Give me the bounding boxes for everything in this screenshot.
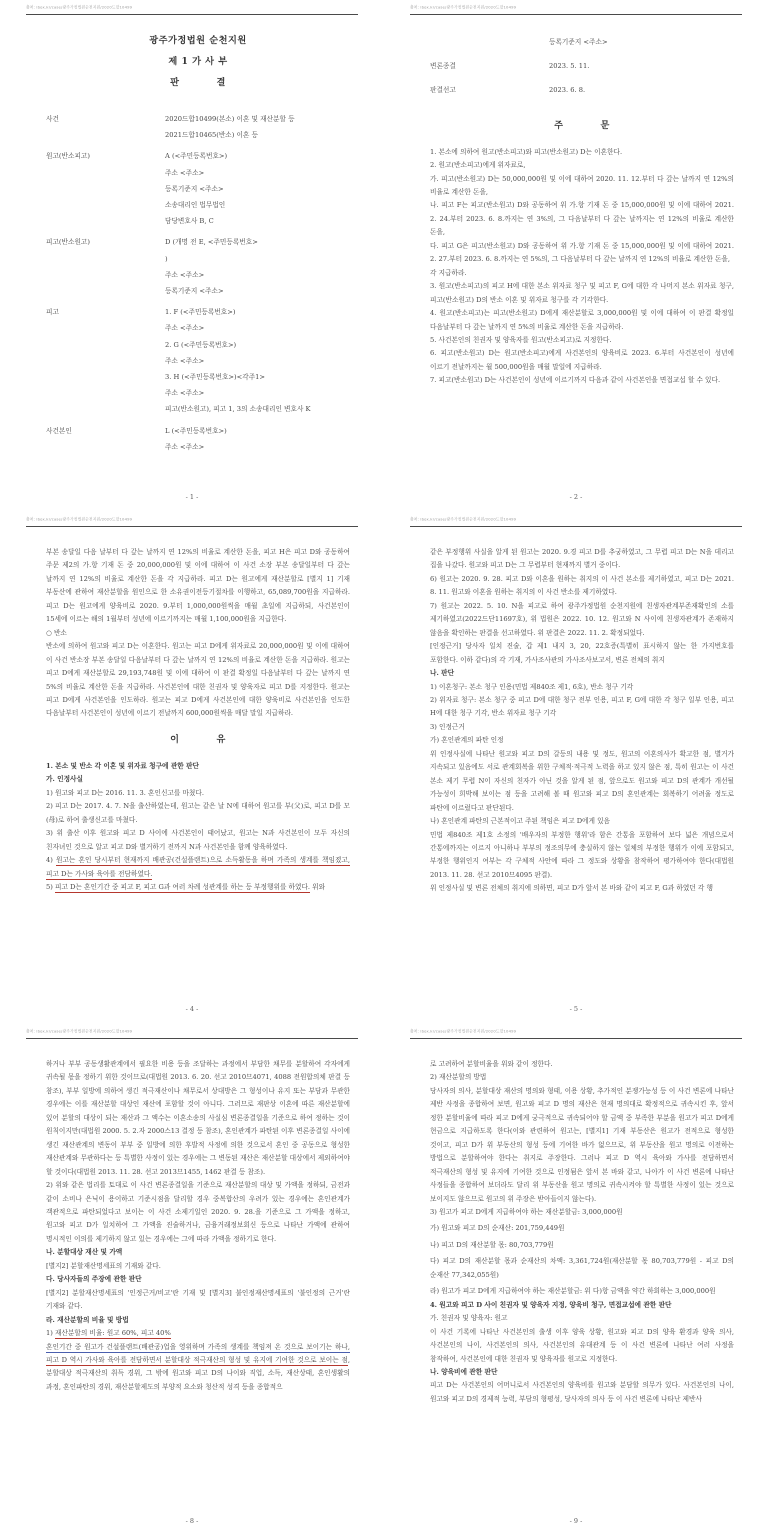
paragraph: 가. 친권자 및 양육자: 원고 [430, 1312, 734, 1325]
kv-label: 사건 [46, 111, 165, 127]
paragraph: 다. 피고 G은 피고(반소원고) D와 공동하여 위 가.항 기재 돈 중 1… [430, 240, 734, 267]
text-segment: 4) [46, 856, 56, 864]
paragraph: 5) 피고 D는 혼인기간 중 피고 F, 피고 G과 여러 차례 성관계를 하… [46, 881, 350, 894]
source-watermark: 출처: lbox.kr/case/광주가정법원순천지원/2020드합10499 [26, 1028, 132, 1034]
page-number: - 5 - [384, 1005, 768, 1013]
kv-label [46, 181, 165, 197]
kv-label [46, 401, 165, 417]
kv-row: 주소 <주소> [46, 385, 350, 401]
kv-row: 변론종결2023. 5. 11. [430, 58, 734, 74]
kv-label [46, 165, 165, 181]
judgment-page-5: 출처: lbox.kr/case/광주가정법원순천지원/2020드합10499하… [0, 1024, 384, 1536]
source-watermark: 출처: lbox.kr/case/광주가정법원순천지원/2020드합10499 [26, 516, 132, 522]
underline-blue: 혼인기간 중 원고가 건설플랜트(배관공)업을 영위하며 가족의 생계를 책임져… [46, 1343, 350, 1353]
paragraph: [별지2] 분할재산명세표의 기재와 같다. [46, 1260, 350, 1273]
paragraph: 3. 원고(반소피고)의 피고 H에 대한 본소 위자료 청구 및 피고 F, … [430, 280, 734, 307]
text-segment: 위와 [310, 883, 325, 891]
paragraph: ○ 반소 [46, 627, 350, 640]
kv-label [46, 385, 165, 401]
header-rule [410, 1038, 742, 1039]
page-body: 같은 부정행위 사실을 알게 된 원고는 2020. 9.경 피고 D를 추궁하… [430, 546, 734, 896]
kv-label [430, 34, 549, 50]
kv-row: 주소 <주소> [46, 353, 350, 369]
kv-label [46, 337, 165, 353]
paragraph: 라) 원고가 피고 D에게 지급하여야 하는 재산분할금: 위 다)항 금액을 … [430, 1285, 734, 1298]
kv-value: 주소 <주소> [165, 353, 350, 369]
judgment-page-2: 출처: lbox.kr/case/광주가정법원순천지원/2020드합10499등… [384, 0, 768, 512]
spacer [46, 721, 350, 733]
kv-row: 주소 <주소> [46, 165, 350, 181]
paragraph: 2) 피고 D는 2017. 4. 7. N을 출산하였는데, 원고는 같은 날… [46, 800, 350, 827]
header-rule [410, 14, 742, 15]
source-watermark: 출처: lbox.kr/case/광주가정법원순천지원/2020드합10499 [410, 4, 516, 10]
kv-label: 피고(반소원고) [46, 234, 165, 250]
text-segment: 5) [46, 883, 55, 891]
kv-row: 2021드합10465(반소) 이혼 등 [46, 127, 350, 143]
paragraph: [별지2] 분할재산명세표의 '인정근거/비고'란 기재 및 [별지3] 불인정… [46, 1287, 350, 1314]
underline-red: 원고는 혼인 당시부터 현재까지 배관공(건설플랜트)으로 소득활동을 하며 가… [46, 856, 350, 879]
kv-row: 주소 <주소> [46, 320, 350, 336]
kv-value: 주소 <주소> [165, 320, 350, 336]
kv-value: 소송대리인 법무법인 [165, 197, 350, 213]
paragraph: 7) 원고는 2022. 5. 10. N을 피고로 하여 광주가정법원 순천지… [430, 600, 734, 640]
paragraph: 6) 원고는 2020. 9. 28. 피고 D와 이혼을 원하는 취지의 이 … [430, 573, 734, 600]
paragraph: 하거나 부부 공동생활관계에서 필요한 비용 등을 조달하는 과정에서 부담한 … [46, 1058, 350, 1179]
kv-value: 2023. 5. 11. [549, 58, 734, 74]
paragraph: 다) 피고 D의 재산분할 몫과 순재산의 차액: 3,361,724원(재산분… [430, 1255, 734, 1282]
header-rule [26, 526, 358, 527]
kv-value: 피고(반소원고), 피고 1, 3의 소송대리인 변호사 K [165, 401, 350, 417]
page-body: 하거나 부부 공동생활관계에서 필요한 비용 등을 조달하는 과정에서 부담한 … [46, 1058, 350, 1394]
kv-value: 등록기준지 <주소> [165, 181, 350, 197]
page-number: - 4 - [0, 1005, 384, 1013]
kv-row: 피고(반소원고), 피고 1, 3의 소송대리인 변호사 K [46, 401, 350, 417]
kv-value: A (<주민등록번호>) [165, 148, 350, 164]
paragraph: 1) 이혼청구: 본소 청구 인용(민법 제840조 제1, 6호), 반소 청… [430, 681, 734, 694]
source-watermark: 출처: lbox.kr/case/광주가정법원순천지원/2020드합10499 [410, 516, 516, 522]
kv-label [46, 213, 165, 229]
page-number: - 8 - [0, 1517, 384, 1525]
kv-row: 담당변호사 B, C [46, 213, 350, 229]
underline-red: 피고 D는 혼인기간 중 피고 F, 피고 G과 여러 차례 성관계를 하는 등… [55, 883, 310, 893]
spacer [430, 99, 734, 119]
text-segment: 1) [46, 1329, 55, 1337]
kv-label: 변론종결 [430, 58, 549, 74]
kv-value: 주소 <주소> [165, 165, 350, 181]
paragraph: 6. 피고(반소원고) D는 원고(반소피고)에게 사건본인의 양육비로 202… [430, 347, 734, 374]
spacer [430, 74, 734, 82]
kv-value: 2020드합10499(본소) 이혼 및 재산분할 등 [165, 111, 350, 127]
kv-value: 담당변호사 B, C [165, 213, 350, 229]
kv-label: 원고(반소피고) [46, 148, 165, 164]
spacer [430, 50, 734, 58]
kv-label [46, 369, 165, 385]
paragraph: 로 고려하여 분할비율을 위와 같이 정한다. [430, 1058, 734, 1071]
kv-label: 사건본인 [46, 423, 165, 439]
paragraph: 가) 혼인관계의 파탄 인정 [430, 734, 734, 747]
paragraph: 2) 위자료 청구: 본소 청구 중 피고 D에 대한 청구 전부 인용, 피고… [430, 694, 734, 721]
doc-title: 주 문 [430, 119, 734, 132]
paragraph: 혼인기간 중 원고가 건설플랜트(배관공)업을 영위하며 가족의 생계를 책임져… [46, 1341, 350, 1395]
kv-row: ) [46, 251, 350, 267]
header-rule [26, 14, 358, 15]
paragraph: 같은 부정행위 사실을 알게 된 원고는 2020. 9.경 피고 D를 추궁하… [430, 546, 734, 573]
paragraph: 2) 재산분할의 방법 [430, 1071, 734, 1084]
paragraph: 3) 위 출산 이후 원고와 피고 D 사이에 사건본인이 태어났고, 원고는 … [46, 827, 350, 854]
paragraph: 3) 인정근거 [430, 721, 734, 734]
heading: 나. 판단 [430, 667, 734, 680]
kv-value: 등록기준지 <주소> [165, 283, 350, 299]
heading: 다. 당사자들의 주장에 관한 판단 [46, 1273, 350, 1286]
underline-red: 피고 D 역시 가사와 육아를 전담하면서 분할대상 적극재산의 형성 및 유지… [46, 1356, 348, 1366]
heading: 4. 원고와 피고 D 사이 친권자 및 양육자 지정, 양육비 청구, 면접교… [430, 1299, 734, 1312]
kv-label [46, 127, 165, 143]
kv-value: 1. F (<주민등록번호>) [165, 304, 350, 320]
kv-row: 2. G (<주민등록번호>) [46, 337, 350, 353]
kv-value: L (<주민등록번호>) [165, 423, 350, 439]
kv-value: ) [165, 251, 350, 267]
paragraph: 각 지급하라. [430, 267, 734, 280]
kv-value: 2. G (<주민등록번호>) [165, 337, 350, 353]
kv-label [46, 251, 165, 267]
paragraph: 2) 위와 같은 법리를 토대로 이 사건 변론종결일을 기준으로 재산분할의 … [46, 1179, 350, 1246]
paragraph: 이 사건 기록에 나타난 사건본인의 출생 이후 양육 상황, 원고와 피고 D… [430, 1326, 734, 1366]
kv-value: 2023. 6. 8. [549, 82, 734, 98]
kv-value: D (개명 전 E, <주민등록번호> [165, 234, 350, 250]
kv-row: 등록기준지 <주소> [46, 181, 350, 197]
kv-value: 주소 <주소> [165, 385, 350, 401]
source-watermark: 출처: lbox.kr/case/광주가정법원순천지원/2020드합10499 [26, 4, 132, 10]
kv-row: 3. H (<주민등록번호>)<각주1> [46, 369, 350, 385]
kv-row: 사건본인L (<주민등록번호>) [46, 423, 350, 439]
underline-red: 재산분할의 비율: 원고 60%, 피고 40% [55, 1329, 171, 1339]
header-rule [410, 526, 742, 527]
paragraph: 7. 피고(반소원고) D는 사건본인이 성년에 이르기까지 다음과 같이 사건… [430, 374, 734, 387]
paragraph: 4. 원고(반소피고)는 피고(반소원고) D에게 재산분할로 3,000,00… [430, 307, 734, 334]
kv-label [46, 439, 165, 455]
page-body: 등록기준지 <주소>변론종결2023. 5. 11.판결선고2023. 6. 8… [430, 34, 734, 388]
kv-label: 피고 [46, 304, 165, 320]
page-number: - 2 - [384, 493, 768, 501]
heading: 나. 분할대상 재산 및 가액 [46, 1246, 350, 1259]
paragraph: 위 인정사실 및 변론 전체의 취지에 의하면, 피고 D가 앞서 본 바와 같… [430, 882, 734, 895]
paragraph: 부본 송달일 다음 날부터 다 갚는 날까지 연 12%의 비율로 계산한 돈을… [46, 546, 350, 627]
paragraph: 4) 원고는 혼인 당시부터 현재까지 배관공(건설플랜트)으로 소득활동을 하… [46, 854, 350, 881]
kv-value: 주소 <주소> [165, 439, 350, 455]
heading: 라. 재산분할의 비율 및 방법 [46, 1314, 350, 1327]
kv-label [46, 353, 165, 369]
paragraph: 나) 혼인관계 파탄의 근본적이고 주된 책임은 피고 D에게 있음 [430, 815, 734, 828]
doc-title: 광주가정법원 순천지원 [46, 34, 350, 47]
judgment-page-1: 출처: lbox.kr/case/광주가정법원순천지원/2020드합10499광… [0, 0, 384, 512]
doc-title: 제 1 가 사 부 [46, 55, 350, 68]
kv-value: 등록기준지 <주소> [549, 34, 734, 50]
page-body: 로 고려하여 분할비율을 위와 같이 정한다.2) 재산분할의 방법당사자의 의… [430, 1058, 734, 1406]
judgment-page-4: 출처: lbox.kr/case/광주가정법원순천지원/2020드합10499같… [384, 512, 768, 1024]
document-sheet: 출처: lbox.kr/case/광주가정법원순천지원/2020드합10499광… [0, 0, 768, 1536]
heading: 나. 양육비에 관한 판단 [430, 1366, 734, 1379]
source-watermark: 출처: lbox.kr/case/광주가정법원순천지원/2020드합10499 [410, 1028, 516, 1034]
kv-value: 3. H (<주민등록번호>)<각주1> [165, 369, 350, 385]
heading: 가. 인정사실 [46, 773, 350, 786]
paragraph: 피고 D는 사건본인의 어머니로서 사건본인의 양육비를 원고와 분담할 의무가… [430, 1379, 734, 1406]
kv-label [46, 283, 165, 299]
judgment-page-3: 출처: lbox.kr/case/광주가정법원순천지원/2020드합10499부… [0, 512, 384, 1024]
paragraph: 1) 원고와 피고 D는 2016. 11. 3. 혼인신고를 마쳤다. [46, 787, 350, 800]
kv-row: 원고(반소피고)A (<주민등록번호>) [46, 148, 350, 164]
kv-label [46, 320, 165, 336]
page-body: 부본 송달일 다음 날부터 다 갚는 날까지 연 12%의 비율로 계산한 돈을… [46, 546, 350, 894]
paragraph: 나) 피고 D의 재산분할 몫: 80,703,779원 [430, 1239, 734, 1252]
kv-row: 소송대리인 법무법인 [46, 197, 350, 213]
paragraph: 당사자의 의사, 분할대상 재산의 명의와 형태, 이용 상황, 추가적인 분쟁… [430, 1085, 734, 1206]
paragraph: 가. 피고(반소원고) D는 50,000,000원 및 이에 대하여 2020… [430, 173, 734, 200]
kv-row: 주소 <주소> [46, 267, 350, 283]
paragraph: 위 인정사실에 나타난 원고와 피고 D의 갈등의 내용 및 정도, 원고의 이… [430, 748, 734, 815]
kv-row: 피고1. F (<주민등록번호>) [46, 304, 350, 320]
paragraph: 민법 제840조 제1호 소정의 '배우자의 부정한 행위'라 함은 간통을 포… [430, 829, 734, 883]
doc-title: 판 결 [46, 76, 350, 89]
page-number: - 9 - [384, 1517, 768, 1525]
spacer [46, 97, 350, 111]
kv-row: 사건2020드합10499(본소) 이혼 및 재산분할 등 [46, 111, 350, 127]
heading: 1. 본소 및 반소 각 이혼 및 위자료 청구에 관한 판단 [46, 760, 350, 773]
kv-row: 등록기준지 <주소> [46, 283, 350, 299]
kv-label [46, 197, 165, 213]
paragraph: 가) 원고와 피고 D의 순재산: 201,759,449원 [430, 1222, 734, 1235]
kv-value: 2021드합10465(반소) 이혼 등 [165, 127, 350, 143]
judgment-page-6: 출처: lbox.kr/case/광주가정법원순천지원/2020드합10499로… [384, 1024, 768, 1536]
kv-label: 판결선고 [430, 82, 549, 98]
kv-row: 피고(반소원고)D (개명 전 E, <주민등록번호> [46, 234, 350, 250]
paragraph: [인정근거] 당사자 일치 진술, 갑 제1 내지 3, 20, 22호증(특별… [430, 640, 734, 667]
kv-row: 등록기준지 <주소> [430, 34, 734, 50]
doc-title: 이 유 [46, 733, 350, 746]
kv-row: 주소 <주소> [46, 439, 350, 455]
paragraph: 1) 재산분할의 비율: 원고 60%, 피고 40% [46, 1327, 350, 1340]
page-number: - 1 - [0, 493, 384, 501]
header-rule [26, 1038, 358, 1039]
kv-value: 주소 <주소> [165, 267, 350, 283]
paragraph: 1. 본소에 의하여 원고(반소피고)와 피고(반소원고) D는 이혼한다. [430, 146, 734, 159]
kv-row: 판결선고2023. 6. 8. [430, 82, 734, 98]
page-body: 광주가정법원 순천지원제 1 가 사 부판 결사건2020드합10499(본소)… [46, 34, 350, 455]
kv-label [46, 267, 165, 283]
paragraph: 5. 사건본인의 친권자 및 양육자를 원고(반소피고)로 지정한다. [430, 334, 734, 347]
paragraph: 나. 피고 F는 피고(반소원고) D와 공동하여 위 가.항 기재 돈 중 1… [430, 199, 734, 239]
paragraph: 3) 원고가 피고 D에게 지급하여야 하는 재산분할금: 3,000,000원 [430, 1206, 734, 1219]
paragraph: 2. 원고(반소피고)에게 위자료로, [430, 159, 734, 172]
paragraph: 반소에 의하여 원고와 피고 D는 이혼한다. 원고는 피고 D에게 위자료로 … [46, 640, 350, 721]
